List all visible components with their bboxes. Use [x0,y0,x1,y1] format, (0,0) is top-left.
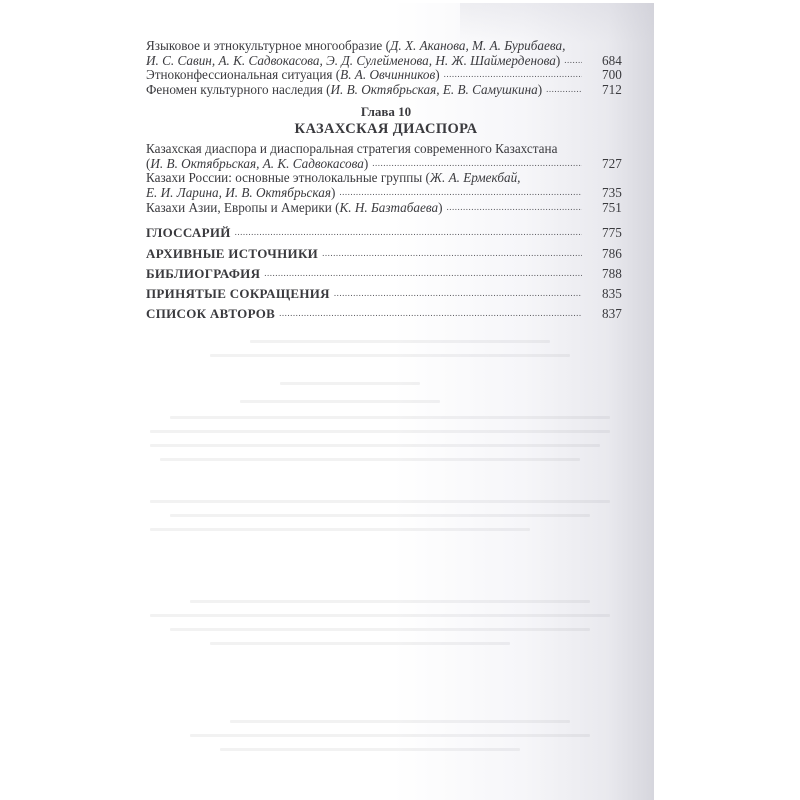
toc-section-glossary[interactable]: ГЛОССАРИЙ 775 [146,225,626,240]
page-number: 786 [602,246,620,261]
toc-section-abbreviations[interactable]: ПРИНЯТЫЕ СОКРАЩЕНИЯ 835 [146,286,626,301]
entry-authors: Д. Х. Аканова, М. А. Бурибаева, [390,38,565,53]
leader-dots [339,185,582,200]
entry-authors: К. Н. Базтабаева [340,200,439,215]
entry-authors: В. А. Овчинников [340,67,435,82]
toc-section-authors[interactable]: СПИСОК АВТОРОВ 837 [146,306,626,321]
toc-entry-line: Казахи России: основные этнолокальные гр… [146,170,626,185]
entry-title: Феномен культурного наследия ( [146,82,331,97]
leader-dots [444,67,582,82]
leader-dots [372,156,582,171]
toc-entry[interactable]: Феномен культурного наследия (И. В. Октя… [146,82,626,97]
page-number: 700 [602,67,620,82]
leader-dots [334,286,582,301]
toc-section-bibliography[interactable]: БИБЛИОГРАФИЯ 788 [146,266,626,281]
leader-dots [279,306,582,321]
toc-entry[interactable]: (И. В. Октябрьская, А. К. Садвокасова) 7… [146,156,626,171]
entry-authors: Е. И. Ларина, И. В. Октябрьская [146,185,331,200]
section-title: ГЛОССАРИЙ [146,225,231,240]
toc-entry[interactable]: И. С. Савин, А. К. Садвокасова, Э. Д. Су… [146,53,626,68]
chapter-label: Глава 10 [146,104,626,120]
section-title: АРХИВНЫЕ ИСТОЧНИКИ [146,246,318,261]
page-number: 837 [602,306,620,321]
bleed-through-texture [130,330,630,780]
entry-title: Этноконфессиональная ситуация ( [146,67,340,82]
leader-dots [564,53,582,68]
entry-authors: И. В. Октябрьская, А. К. Садвокасова [150,156,363,171]
entry-title: Языковое и этнокультурное многообразие ( [146,38,390,53]
leader-dots [264,266,582,281]
page-number: 751 [602,200,620,215]
toc-entry[interactable]: Казахи Азии, Европы и Америки (К. Н. Баз… [146,200,626,215]
section-title: ПРИНЯТЫЕ СОКРАЩЕНИЯ [146,286,330,301]
chapter-title: КАЗАХСКАЯ ДИАСПОРА [146,121,626,138]
page-number: 684 [602,53,620,68]
page-shadow [460,3,654,43]
entry-title: Казахи Азии, Европы и Америки ( [146,200,340,215]
page-number: 727 [602,156,620,171]
entry-authors: И. В. Октябрьская, Е. В. Самушкина [331,82,538,97]
section-title: БИБЛИОГРАФИЯ [146,266,260,281]
page-number: 835 [602,286,620,301]
leader-dots [446,200,582,215]
entry-title: Казахи России: основные этнолокальные гр… [146,170,430,185]
toc-entry-line: Казахская диаспора и диаспоральная страт… [146,141,626,156]
toc-entry-line: Языковое и этнокультурное многообразие (… [146,38,626,53]
toc-entry[interactable]: Е. И. Ларина, И. В. Октябрьская) 735 [146,185,626,200]
leader-dots [322,246,582,261]
entry-authors: Ж. А. Ермекбай, [430,170,521,185]
leader-dots [235,225,582,240]
page-number: 788 [602,266,620,281]
page-number: 735 [602,185,620,200]
section-title: СПИСОК АВТОРОВ [146,306,275,321]
toc-section-archives[interactable]: АРХИВНЫЕ ИСТОЧНИКИ 786 [146,246,626,261]
entry-title: Казахская диаспора и диаспоральная страт… [146,141,557,156]
entry-authors: И. С. Савин, А. К. Садвокасова, Э. Д. Су… [146,53,556,68]
toc-entry[interactable]: Этноконфессиональная ситуация (В. А. Овч… [146,67,626,82]
page-number: 775 [602,225,620,240]
page-number: 712 [602,82,620,97]
leader-dots [546,82,582,97]
